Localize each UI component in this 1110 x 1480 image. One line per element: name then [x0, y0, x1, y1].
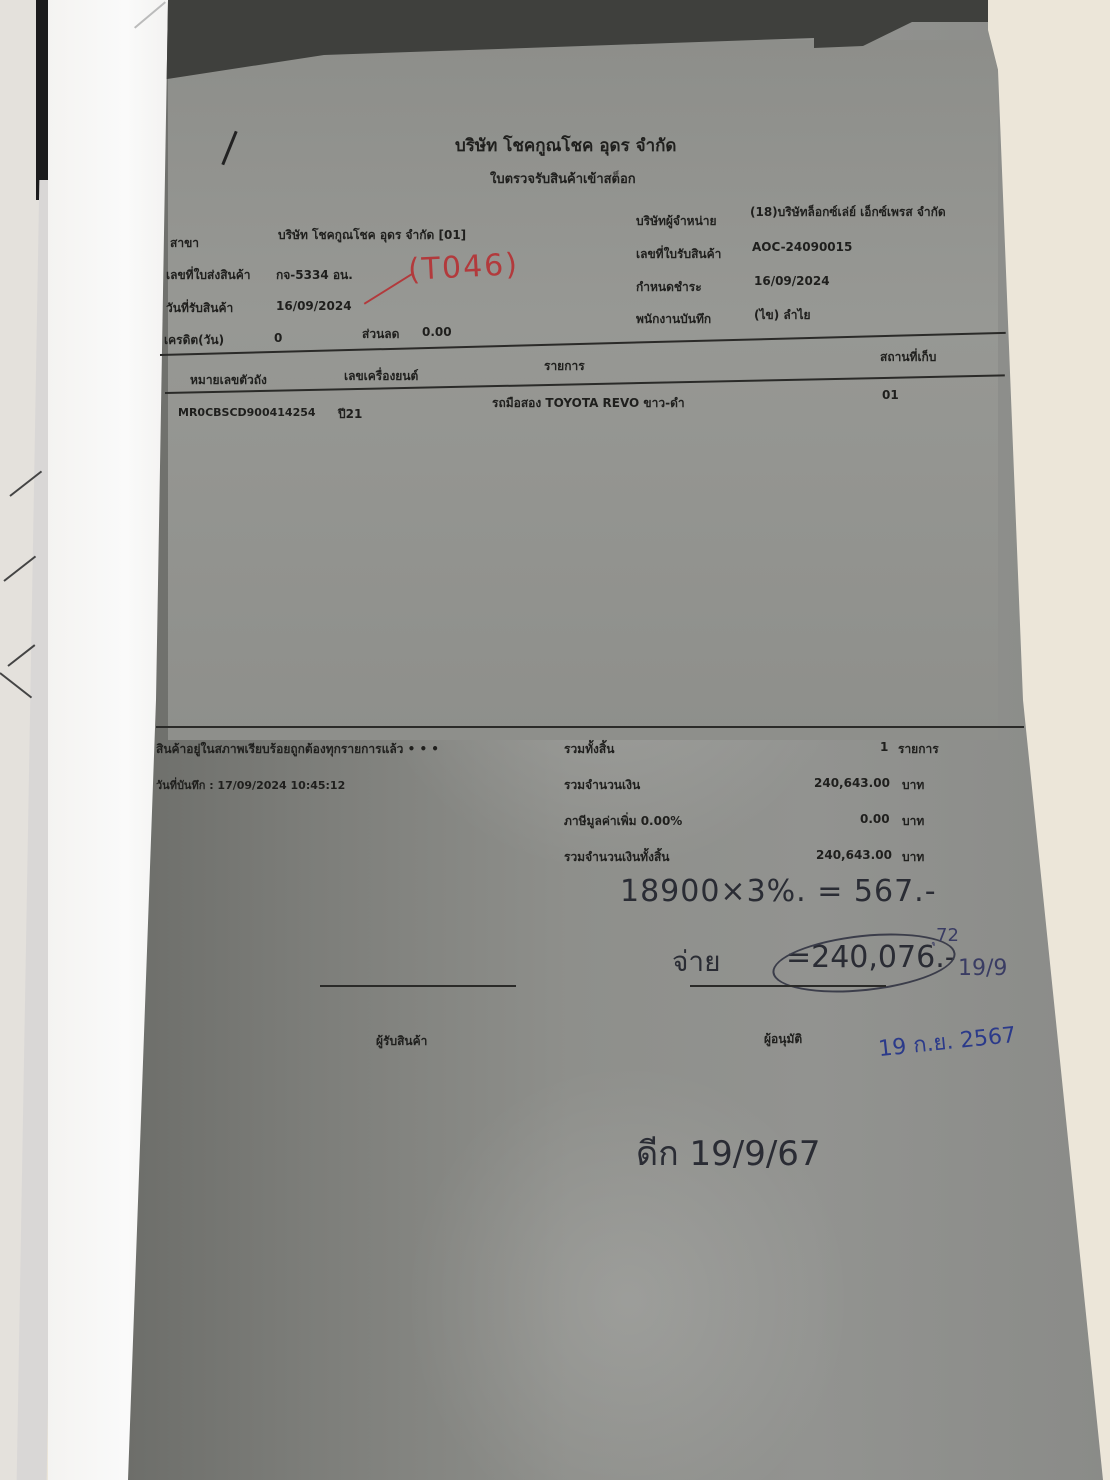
field-label-delivery-no: เลขที่ใบส่งสินค้า [166, 266, 251, 285]
recorded-timestamp: วันที่บันทึก : 17/09/2024 10:45:12 [156, 776, 345, 794]
subtotal-label: รวมจำนวนเงิน [564, 776, 640, 795]
total-items-label: รวมทั้งสิ้น [564, 740, 614, 759]
vat-value: 0.00 [860, 812, 890, 826]
red-handwritten-code: (T046) [407, 247, 520, 288]
vat-unit: บาท [902, 812, 924, 831]
field-value-branch: บริษัท โชคกูณโชค อุดร จำกัด [01] [278, 226, 466, 245]
field-label-branch: สาขา [170, 234, 199, 253]
subtotal-unit: บาท [902, 776, 924, 795]
background-dark-edge [36, 0, 48, 200]
field-value-supplier: (18)บริษัทล็อกซ์เล่ย์ เอ็กซ์เพรส จำกัด [750, 203, 946, 222]
handwritten-bottom-note: ดีก 19/9/67 [636, 1126, 821, 1180]
table-bottom-rule [156, 726, 1024, 728]
field-label-receive-date: วันที่รับสินค้า [166, 299, 233, 318]
vat-label: ภาษีมูลค่าเพิ่ม 0.00% [564, 812, 682, 831]
handwritten-calculation: 18900×3%. = 567.- [620, 874, 937, 909]
cell-engine-no: ปี21 [338, 405, 362, 424]
field-value-receipt-no: AOC-24090015 [752, 240, 852, 254]
cell-chassis-no: MR0CBSCD900414254 [178, 406, 316, 419]
grand-total-value: 240,643.00 [816, 848, 892, 862]
field-value-due-date: 16/09/2024 [754, 274, 830, 288]
field-label-supplier: บริษัทผู้จำหน่าย [636, 212, 717, 231]
field-label-due-date: กำหนดชำระ [636, 278, 702, 297]
receiver-signature-line [320, 985, 516, 987]
field-value-credit-days: 0 [274, 331, 282, 345]
document-title: ใบตรวจรับสินค้าเข้าสต็อก [490, 168, 636, 189]
total-items-unit: รายการ [898, 740, 939, 759]
handwritten-date-small: 19/9 [958, 956, 1007, 981]
condition-note: สินค้าอยู่ในสภาพเรียบร้อยถูกต้องทุกรายกา… [156, 740, 439, 759]
field-label-credit-days: เครดิต(วัน) [164, 331, 224, 350]
field-value-delivery-no: กจ-5334 อน. [276, 266, 353, 285]
cell-location: 01 [882, 388, 899, 402]
column-header-location: สถานที่เก็บ [880, 348, 936, 367]
receiver-signature-label: ผู้รับสินค้า [376, 1032, 427, 1051]
approver-signature-label: ผู้อนุมัติ [764, 1030, 802, 1049]
field-value-discount: 0.00 [422, 325, 452, 339]
field-label-recorder: พนักงานบันทึก [636, 310, 711, 329]
total-items-value: 1 [880, 740, 888, 754]
column-header-chassis-no: หมายเลขตัวถัง [190, 371, 267, 390]
handwritten-pay-label: จ่าย [672, 940, 721, 984]
approver-signature-line [690, 985, 886, 987]
subtotal-value: 240,643.00 [814, 776, 890, 790]
column-header-engine-no: เลขเครื่องยนต์ [344, 367, 418, 386]
field-value-recorder: (ไข) ลำไย [754, 306, 811, 325]
company-title: บริษัท โชคกูณโชค อุดร จำกัด [455, 132, 676, 159]
grand-total-unit: บาท [902, 848, 924, 867]
handwritten-cents: ุ72 [936, 920, 959, 949]
paper-crease [134, 1, 166, 28]
column-header-description: รายการ [544, 357, 585, 376]
field-value-receive-date: 16/09/2024 [276, 299, 352, 313]
grand-total-label: รวมจำนวนเงินทั้งสิ้น [564, 848, 669, 867]
field-label-discount: ส่วนลด [362, 325, 399, 344]
field-label-receipt-no: เลขที่ใบรับสินค้า [636, 245, 721, 264]
cell-description: รถมือสอง TOYOTA REVO ขาว-ดำ [492, 394, 685, 413]
